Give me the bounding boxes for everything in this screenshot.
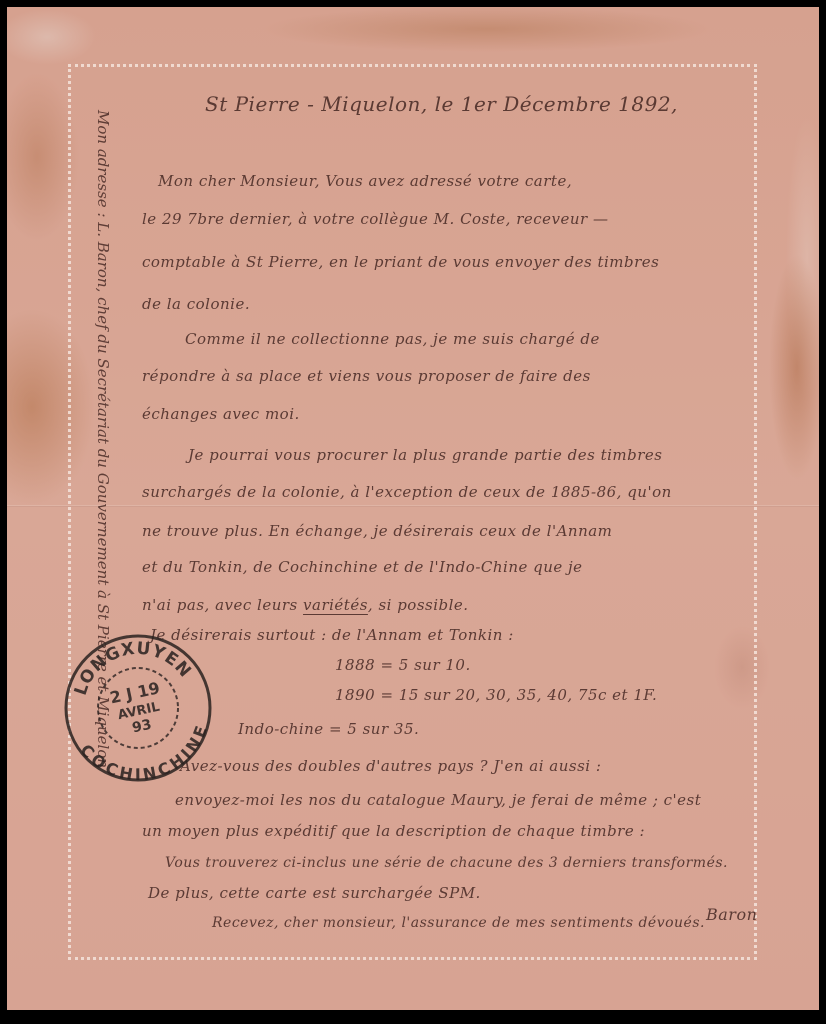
- letter-line: surchargés de la colonie, à l'exception …: [142, 483, 672, 501]
- letter-text: , si possible.: [368, 596, 469, 614]
- letter-text: n'ai pas, avec leurs: [142, 596, 298, 614]
- letter-line: Je pourrai vous procurer la plus grande …: [188, 446, 662, 464]
- letter-line: Mon cher Monsieur, Vous avez adressé vot…: [158, 172, 572, 190]
- letter-line: Comme il ne collectionne pas, je me suis…: [185, 330, 600, 348]
- letter-line: 1890 = 15 sur 20, 30, 35, 40, 75c et 1F.: [335, 686, 657, 704]
- letter-line: comptable à St Pierre, en le priant de v…: [142, 253, 659, 271]
- letter-line: échanges avec moi.: [142, 405, 300, 423]
- letter-line: Recevez, cher monsieur, l'assurance de m…: [212, 915, 705, 931]
- postmark-stamp: LONGXUYEN COCHINCHINE 2 J 19 AVRIL 93: [62, 632, 214, 784]
- letter-line: 1888 = 5 sur 10.: [335, 656, 471, 674]
- letter-line: et du Tonkin, de Cochinchine et de l'Ind…: [142, 558, 583, 576]
- letter-line: ne trouve plus. En échange, je désirerai…: [142, 522, 612, 540]
- letter-line: Vous trouverez ci-inclus une série de ch…: [165, 855, 728, 871]
- postmark-year: 93: [131, 717, 153, 737]
- letter-line: répondre à sa place et viens vous propos…: [142, 367, 591, 385]
- letter-line: de la colonie.: [142, 295, 250, 313]
- underlined-word: variétés: [303, 596, 368, 614]
- letter-line: De plus, cette carte est surchargée SPM.: [148, 884, 481, 902]
- letter-line: envoyez-moi les nos du catalogue Maury, …: [175, 791, 701, 809]
- letter-line: le 29 7bre dernier, à votre collègue M. …: [142, 210, 609, 228]
- letter-line: n'ai pas, avec leurs variétés, si possib…: [142, 596, 469, 614]
- letter-line: Indo-chine = 5 sur 35.: [238, 720, 419, 738]
- letter-line: un moyen plus expéditif que la descripti…: [142, 822, 645, 840]
- signature: Baron: [706, 905, 757, 924]
- letter-line: Avez-vous des doubles d'autres pays ? J'…: [180, 757, 601, 775]
- letter-heading: St Pierre - Miquelon, le 1er Décembre 18…: [205, 92, 678, 116]
